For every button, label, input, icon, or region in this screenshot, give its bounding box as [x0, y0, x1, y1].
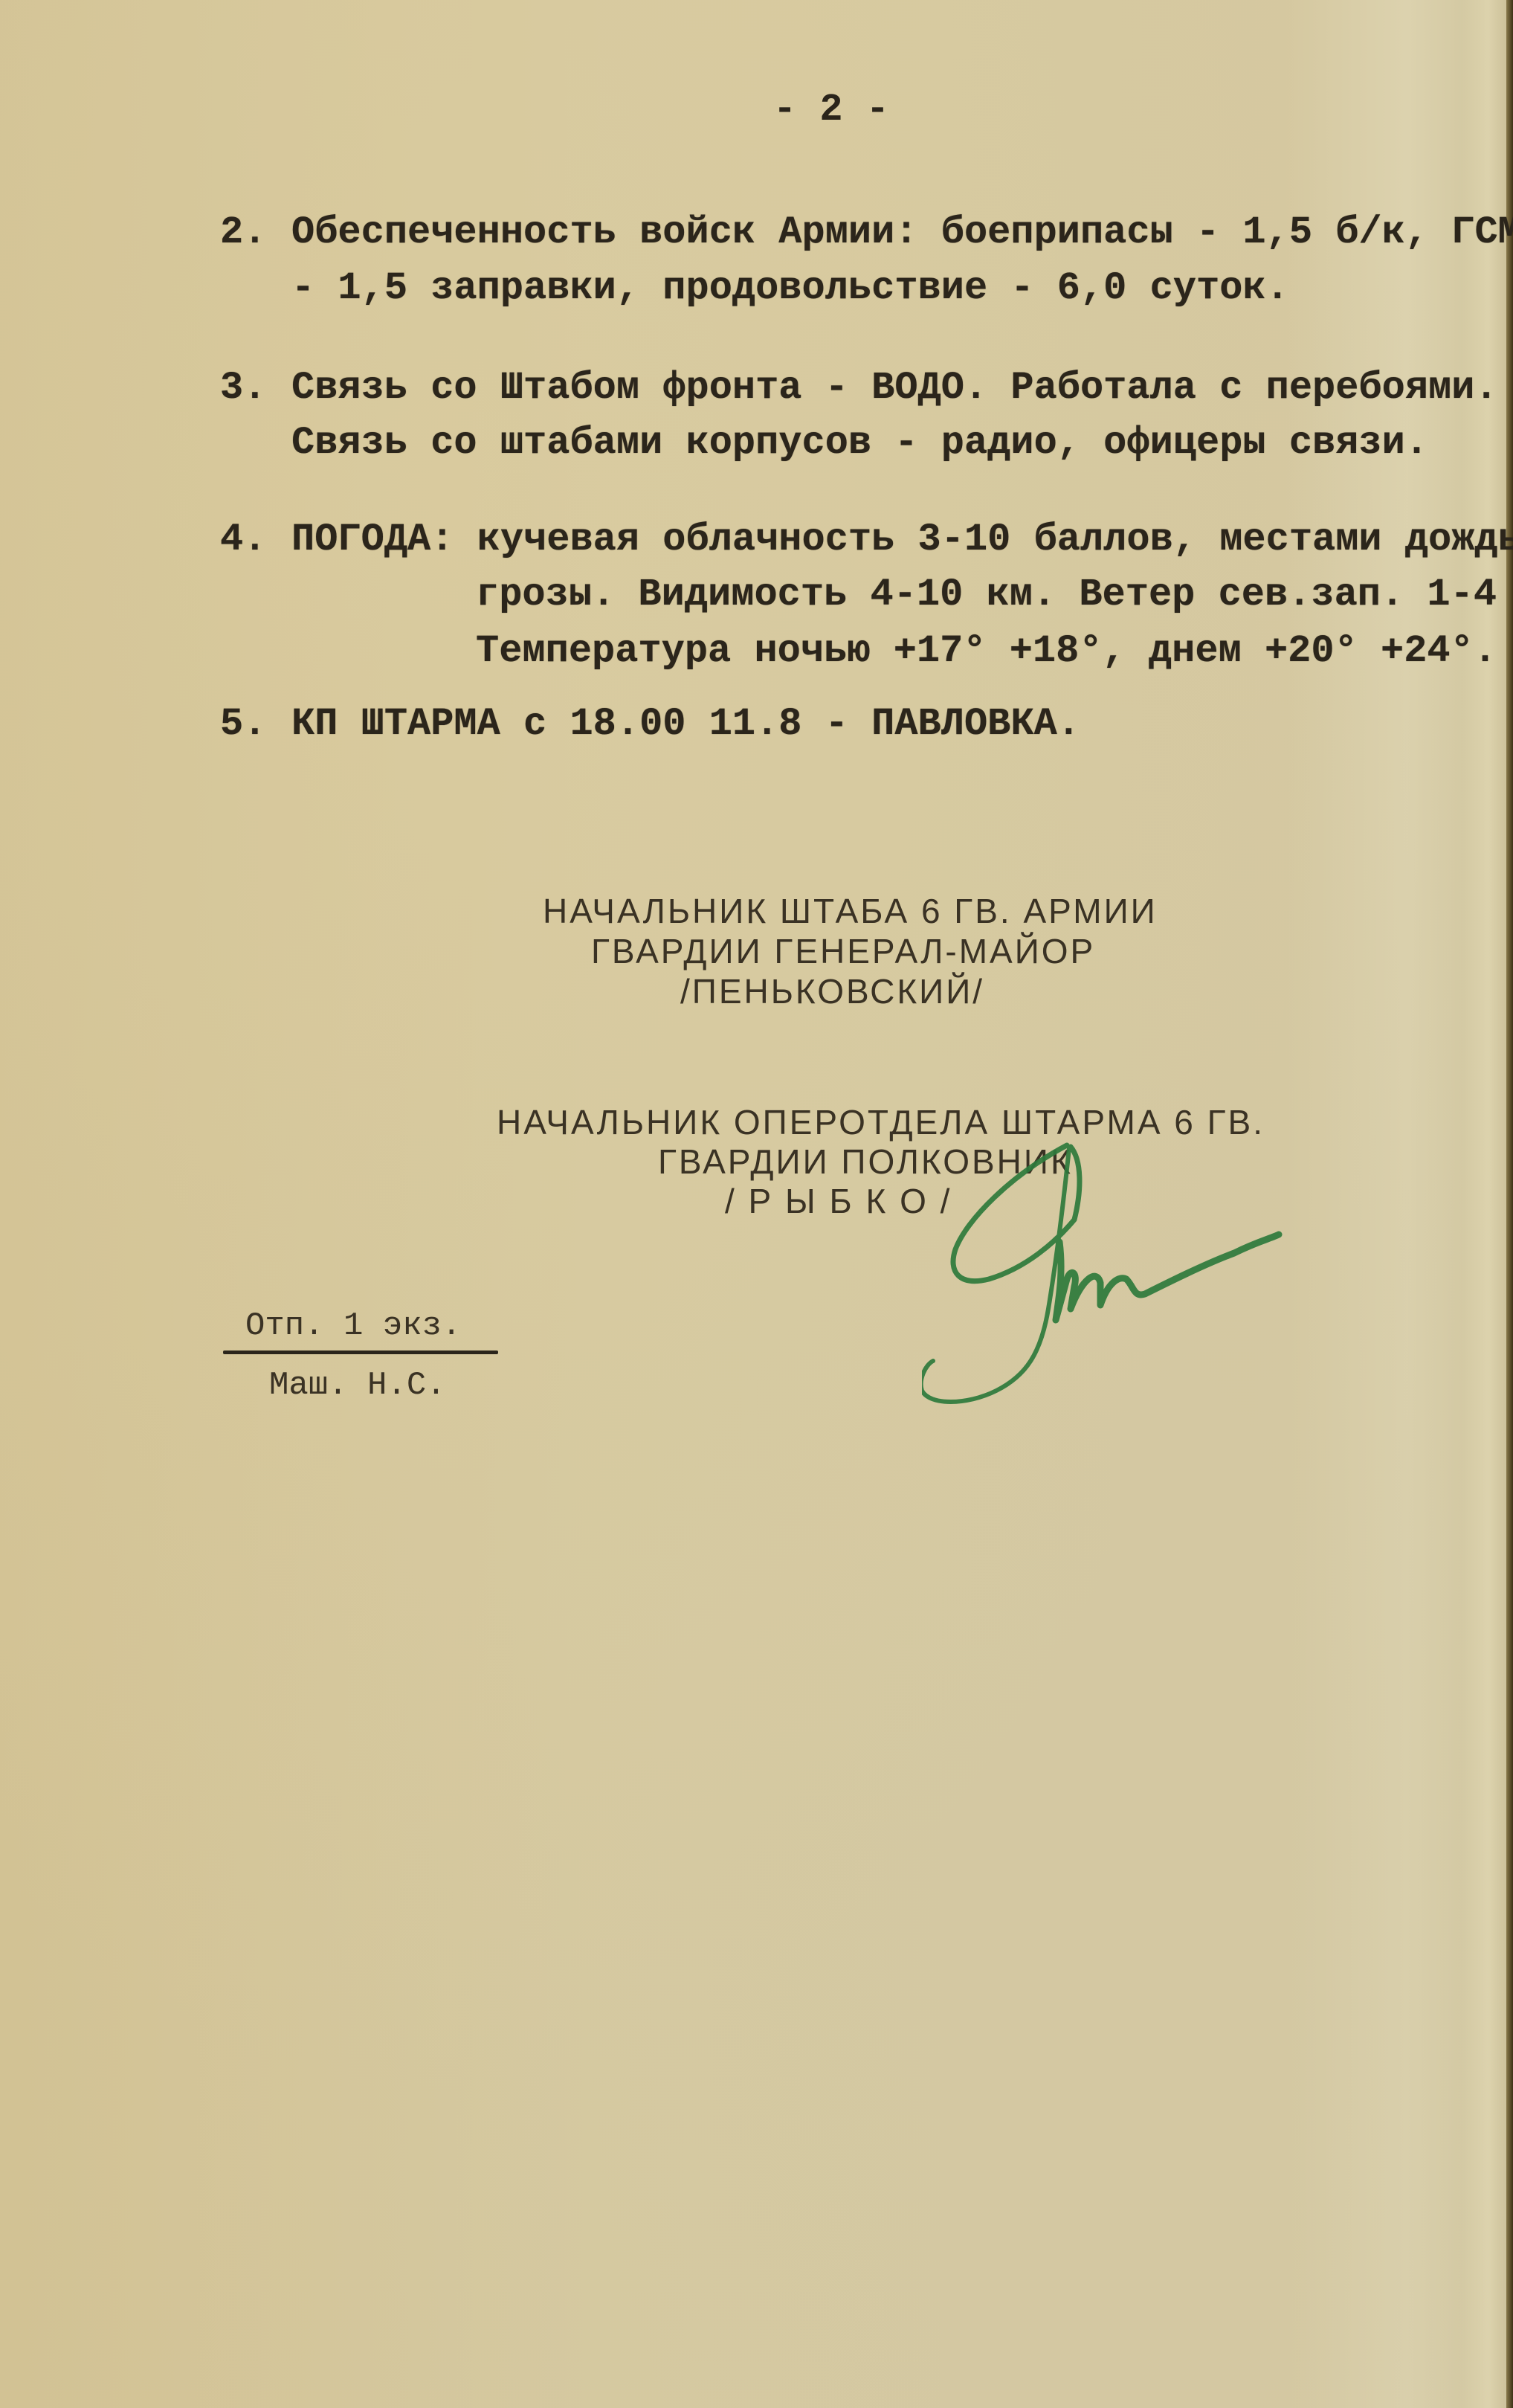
page-edge-highlight [1462, 0, 1506, 2408]
item-4-line-3: Температура ночью +17° +18°, днем +20° +… [476, 629, 1497, 674]
item-4-number: 4. [220, 518, 266, 562]
item-2-line-1: Обеспеченность войск Армии: боеприпасы -… [291, 210, 1513, 255]
typist-note: Маш. Н.С. [269, 1367, 446, 1404]
signatory-1-title-line-2: ГВАРДИИ ГЕНЕРАЛ-МАЙОР [591, 931, 1095, 971]
signatory-1-name: /ПЕНЬКОВСКИЙ/ [680, 971, 984, 1011]
item-5-line-1: КП ШТАРМА с 18.00 11.8 - ПАВЛОВКА. [291, 702, 1080, 747]
item-3-line-2: Связь со штабами корпусов - радио, офице… [291, 421, 1428, 466]
copies-note: Отп. 1 экз. [245, 1307, 461, 1345]
item-2-number: 2. [220, 210, 266, 255]
item-2-line-2: - 1,5 заправки, продовольствие - 6,0 сут… [291, 266, 1289, 311]
item-4-line-2: грозы. Видимость 4-10 км. Ветер сев.зап.… [476, 573, 1513, 617]
item-5-number: 5. [220, 702, 266, 747]
signatory-2-name: / Р Ы Б К О / [725, 1181, 952, 1221]
item-3-number: 3. [220, 366, 266, 411]
handwritten-signature [922, 1130, 1457, 1428]
signatory-1-title-line-1: НАЧАЛЬНИК ШТАБА 6 ГВ. АРМИИ [543, 891, 1158, 931]
copies-underline [223, 1351, 498, 1354]
item-3-line-1: Связь со Штабом фронта - ВОДО. Работала … [291, 366, 1498, 411]
page-number: - 2 - [773, 88, 889, 132]
page-edge [1506, 0, 1513, 2408]
item-4-line-1: ПОГОДА: кучевая облачность 3-10 баллов, … [291, 518, 1513, 562]
